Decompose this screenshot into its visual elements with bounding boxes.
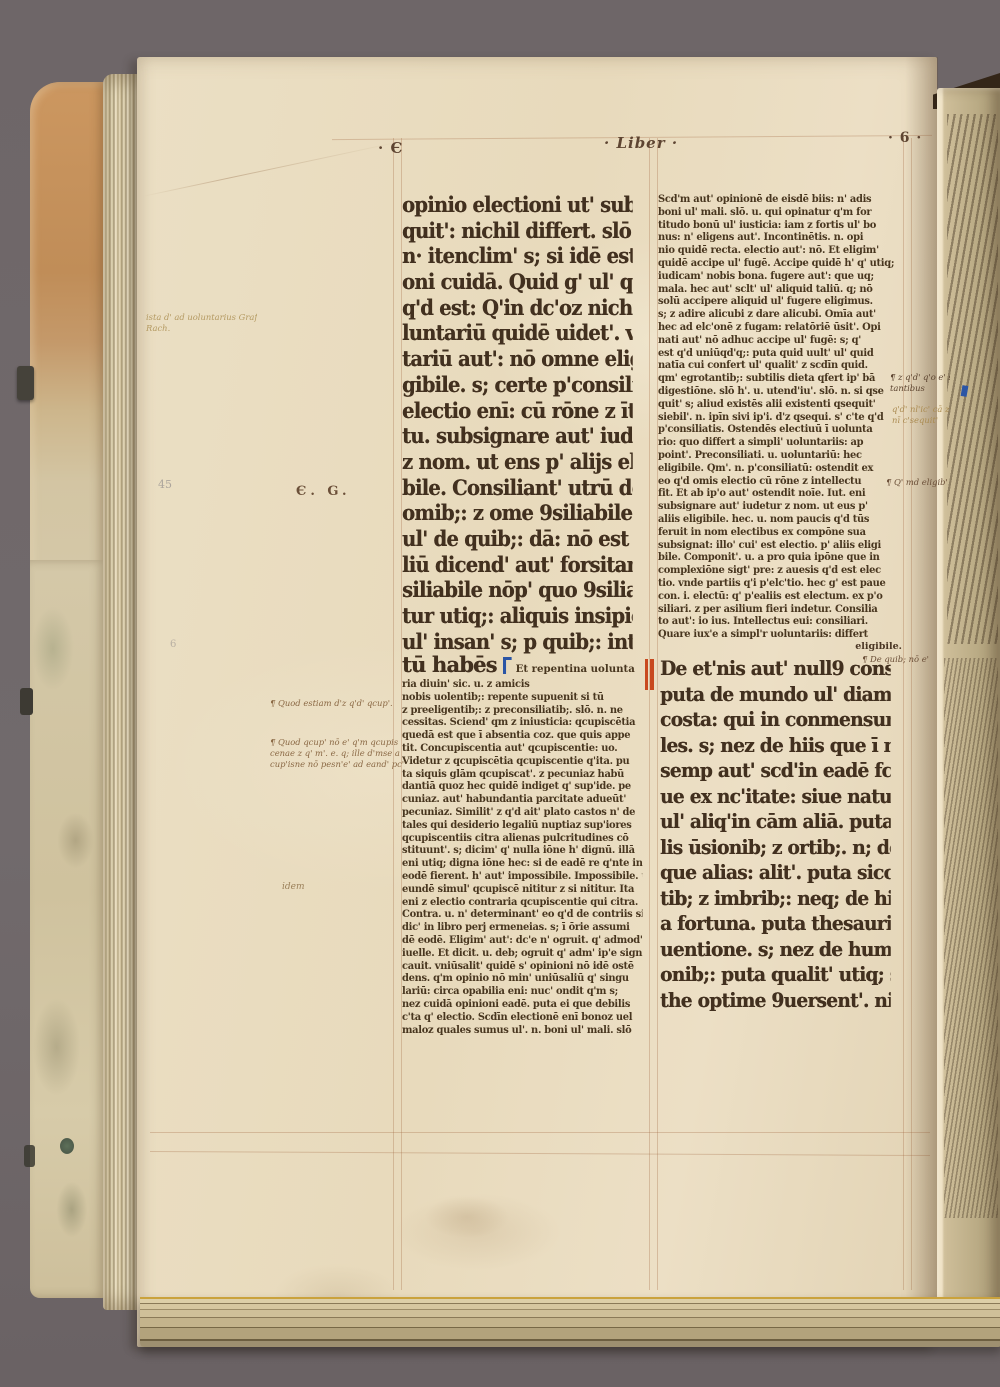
text-line: complexiōne sigt' pre: z auesis q'd est … — [658, 564, 899, 577]
text-line: lariū: circa opabilia eni: nuc' ondit q'… — [402, 985, 643, 998]
text-line: z nom. ut ens p' alijs eligi — [402, 449, 633, 475]
text-line: gibile. s; certe p'consiliatū. — [402, 372, 633, 398]
worn-spine-parchment — [30, 560, 106, 1298]
text-line: bile. Consiliant' utrū de — [402, 475, 633, 501]
text-line: oni cuidā. Quid g' ul' quale — [402, 269, 633, 295]
large-lines-wrap: De et'nis aut' null9 consiliat'.puta de … — [660, 656, 908, 1013]
text-column-right-large: De et'nis aut' null9 consiliat'.puta de … — [660, 656, 908, 1013]
facing-page-text-texture — [944, 658, 998, 1218]
margin-note-right-4: ¶ De quib; nō e' — [862, 654, 938, 665]
text-line: mala. hec aut' sclt' ul' aliquid taliū. … — [658, 283, 899, 296]
pencil-mark: 6 — [170, 639, 176, 650]
facing-page-text-texture — [947, 114, 998, 644]
clasp-remnant — [20, 688, 33, 715]
text-line: eo q'd omis electio cū rōne z intellectu — [658, 475, 899, 488]
superscript-note: eligibile. — [855, 641, 902, 652]
header-title: · Liber · — [604, 134, 678, 152]
text-line: tit. Concupiscentia aut' qcupiscentie: u… — [402, 742, 643, 755]
text-line: pecuniaz. Similit' z q'd ait' plato cast… — [402, 806, 643, 819]
text-line: aliis eligibile. hec. u. nom paucis q'd … — [658, 513, 899, 526]
text-line: quit' s; aliud existēs alii existenti qs… — [658, 398, 899, 411]
text-line: nez cuidā opinioni eadē. puta ei que deb… — [402, 998, 643, 1011]
text-line: ¶ De quib; nō e' — [862, 654, 938, 665]
text-line: c'ta q' electio. Scdīn electionē enī bon… — [402, 1011, 643, 1024]
margin-note-idem: idem — [282, 882, 305, 892]
text-line: feruit in nom electibus ex compōne sua — [658, 526, 899, 539]
bottom-page-edges — [140, 1297, 1000, 1347]
text-line: s; z adire alicubi z dare alicubi. Omīa … — [658, 308, 899, 321]
text-line: qm' egrotantib;: subtilis dieta qfert ip… — [658, 372, 899, 385]
text-line: nī c'sequit' — [892, 415, 950, 426]
text-line: eligibile. Qm'. n. p'consiliatū: ostendi… — [658, 462, 899, 475]
text-line: tur utiq;: aliquis insipiens — [402, 603, 633, 629]
text-line: electio enī: cū rōne z ītellec — [402, 398, 633, 424]
text-line: the optime 9uersent'. nil's — [660, 988, 891, 1014]
text-line: tantibus — [890, 383, 950, 394]
margin-note-right-3: ¶ Q' md eligib' — [886, 477, 950, 488]
text-line: hec ad elc'onē z fugam: relatōriē ūsit'.… — [658, 321, 899, 334]
text-line: cup'isne nō pesn'e' ad eand' pc'. — [270, 759, 405, 770]
text-line: z preeligentib;: z preconsiliatib;. slō.… — [402, 704, 643, 717]
text-line: Scd'm aut' opinionē de eisdē biis: n' ad… — [658, 193, 899, 206]
gloss-incipit: Et repentina uolunta — [516, 663, 635, 675]
text-line: natīa cui confert ul' qualit' z scdīn qu… — [658, 359, 899, 372]
text-line: point'. Preconsiliati. u. uoluntariū: he… — [658, 449, 899, 462]
photo-of-manuscript: { "photo": { "background_color": "#6e666… — [0, 0, 1000, 1387]
text-line: eni utiq; digna iōne hec: si de eadē re … — [402, 857, 643, 870]
clasp-remnant — [24, 1145, 35, 1167]
header-folio-number: · 6 · — [888, 130, 922, 146]
leather-binding — [30, 82, 106, 582]
text-line: ul' de quib;: dā: nō est consi — [402, 526, 633, 552]
ruling-line — [150, 1132, 930, 1133]
text-line: ta siquis glām qcupiscat'. z pecuniaz ha… — [402, 768, 643, 781]
text-line: ¶ Q' md eligib' — [886, 477, 950, 488]
text-line: semp aut' scd'in eadē fc'is. si — [660, 758, 891, 784]
text-line: con. i. electū: q' p'ealiis est electum.… — [658, 590, 899, 603]
text-line: cauit. vniūsalit' quidē s' opinioni nō i… — [402, 960, 643, 973]
red-paraph-icon — [645, 659, 654, 690]
margin-note-faint: ista d' ad uoluntarius GrafRach. — [146, 312, 257, 334]
margin-note-right-2: q'd' nl'ic' cā z ul'nī c'sequit' — [892, 404, 950, 426]
text-line: iudicam' nobis bona. fugere aut': que uq… — [658, 270, 899, 283]
text-line: tib; z imbrib;: neq; de hiis q' — [660, 886, 891, 912]
text-line: dē eodē. Eligim' aut': dc'e n' ogruit. q… — [402, 934, 643, 947]
text-line: cessitas. Sciend' qm z iniusticia: qcupi… — [402, 716, 643, 729]
text-line: to aut': io ius. Intellectus eui: consil… — [658, 615, 899, 628]
text-line: q'd' nl'ic' cā z ul' — [892, 404, 950, 415]
margin-chapter-mark: Є. G. — [296, 484, 351, 499]
text-line: quit': nichil differt. slō hec — [402, 218, 633, 244]
text-line: nus: n' eligens aut'. Incontinētis. n. o… — [658, 231, 899, 244]
gutter-shadow — [905, 57, 938, 1347]
text-line: opinio electioni ut' subse — [402, 192, 633, 218]
text-line-mixed: tū habēsEt repentina uolunta — [402, 652, 635, 677]
ruling-line — [393, 138, 394, 1290]
text-column-right-gloss: Scd'm aut' opinionē de eisdē biis: n' ad… — [658, 193, 906, 641]
margin-note-left-1: ¶ Quod estiam d'z q'd' qcup'. — [270, 698, 400, 709]
text-line: stituunt'. s; dicim' q' nulla iōne h' di… — [402, 844, 643, 857]
text-line: solū accipere aliquid ul' fugere eligimu… — [658, 295, 899, 308]
page-edge-stack — [103, 74, 141, 1310]
text-line: De et'nis aut' null9 consiliat'. — [660, 656, 891, 682]
text-line: iuelle. Et dicit. u. deb; ogruit q' adm'… — [402, 947, 643, 960]
text-line: omib;: z ome 9siliabile est — [402, 500, 633, 526]
text-line: dens. q'm opinio nō min' uniūsaliū q' si… — [402, 972, 643, 985]
text-line: siebil'. n. ipīn sivi ip'i. d'z qsequi. … — [658, 411, 899, 424]
text-line: luntariū quidē uidet'. volū — [402, 320, 633, 346]
text-line: ¶ Quod qcup' nō e' q'm qcupis — [270, 737, 405, 748]
text-line: maloz quales sumus ul'. n. boni ul' mali… — [402, 1024, 643, 1037]
text-line: lis ūsionib; z ortib;. n; de hiis — [660, 835, 891, 861]
clasp-remnant — [17, 366, 34, 400]
stain-fleck — [60, 1138, 74, 1154]
text-line: les. s; nez de hiis que ī motu: — [660, 733, 891, 759]
text-line: bile. Componit'. u. a pro quia ipōne que… — [658, 551, 899, 564]
text-line: ¶ z q'd' q'o e' subal' — [890, 372, 950, 383]
text-line: Contra. u. n' determinant' eo q'd de con… — [402, 908, 643, 921]
text-line: costa: qui in conmensurabi — [660, 707, 891, 733]
text-line: onib;: puta qualit' utiq; sy — [660, 962, 891, 988]
text-line: quedā est que ī absentia coz. que quis a… — [402, 729, 643, 742]
text-line: eundē simul' qcupiscē nititur z si nitit… — [402, 883, 643, 896]
text-line: p'consiliatis. Ostendēs electiuū ī uolun… — [658, 423, 899, 436]
text-line: q'd est: Q'in dc'oz nichil; uo — [402, 295, 633, 321]
superscript-container: eligibile. — [658, 641, 906, 655]
text-line: fit. Et ab ip'o aut' ostendit noīe. Iut.… — [658, 487, 899, 500]
text-line: eni z electio contraria qcupiscentie qui… — [402, 896, 643, 909]
text-line: cuniaz. aut' habundantia parcitate adueū… — [402, 793, 643, 806]
margin-note-right-1: ¶ z q'd' q'o e' subal'tantibus — [890, 372, 950, 394]
text-line: a fortuna. puta thesauri ī — [660, 911, 891, 937]
text-line: nobis uolentib;: repente supuenit si tū — [402, 691, 643, 704]
text-line: qcupiscentiis citra alienas pulcritudine… — [402, 832, 643, 845]
text-line: rio: quo differt a simpli' uoluntariis: … — [658, 436, 899, 449]
text-line: Videtur z qcupiscētia qcupiscentie q'ita… — [402, 755, 643, 768]
text-line: nio quidē recta. electio aut': nō. Et el… — [658, 244, 899, 257]
text-column-left-gloss: ria diuin' sic. u. z amicisnobis uolenti… — [402, 678, 650, 1036]
header-chapter-mark: · Є — [378, 139, 403, 157]
large-script-fragment: tū habēs — [402, 652, 497, 677]
text-line: n· itenclim' s; si idē est opini — [402, 243, 633, 269]
text-line: siliari. z per asilium fieri indetur. Co… — [658, 603, 899, 616]
pencil-mark: 45 — [158, 478, 172, 491]
text-line: subsignat: illo' cui' est electio. p' al… — [658, 539, 899, 552]
text-line: ue ex nc'itate: siue natura — [660, 784, 891, 810]
text-line: tio. vnde partiis q'i p'elc'tio. hec g' … — [658, 577, 899, 590]
text-line: ¶ Quod estiam d'z q'd' qcup'. — [270, 698, 400, 709]
text-line: nati aut' nō adhuc accipe ul' fugē: s; q… — [658, 334, 899, 347]
text-line: siliabile nōp' quo 9siliare — [402, 577, 633, 603]
text-line: Quare iux'e a simpl'r uoluntariis: diffe… — [658, 628, 899, 641]
text-line: digestiōne. slō h'. u. utend'iu'. slō. n… — [658, 385, 899, 398]
text-line: uentione. s; nez de humāis — [660, 937, 891, 963]
text-line: boni ul' mali. slō. u. qui opinatur q'm … — [658, 206, 899, 219]
text-line: liū dicend' aut' forsitan cō — [402, 552, 633, 578]
text-line: tales qui desiderio legaliū nuptiaz sup'… — [402, 819, 643, 832]
text-line: puta de mundo ul' diamet' z — [660, 682, 891, 708]
text-line: tu. subsignare aut' iudetur — [402, 423, 633, 449]
facing-page-foreedge — [937, 88, 1000, 1346]
text-line: tariū aut': nō omne eligi — [402, 346, 633, 372]
text-line: ul' aliq'in cām aliā. puta so — [660, 809, 891, 835]
text-line: quidē accipe ul' fugē. Accipe quidē h' q… — [658, 257, 899, 270]
text-line: titudo bonū ul' iusticia: iam z fortis u… — [658, 219, 899, 232]
text-line: Rach. — [146, 323, 257, 334]
text-line: eodē fierent. h' aut' impossibile. Impos… — [402, 870, 643, 883]
text-line: cenae z q' m'. e. q; ille d'mse a — [270, 748, 405, 759]
text-column-left-large: opinio electioni ut' subsequit': nichil … — [402, 192, 650, 654]
text-line: dantiā quoz hec quidē indiget q' sup'ide… — [402, 780, 643, 793]
text-line: que alias: alit'. puta siccita — [660, 860, 891, 886]
text-line: ista d' ad uoluntarius Graf — [146, 312, 257, 323]
margin-note-left-2: ¶ Quod qcup' nō e' q'm qcupiscenae z q' … — [270, 737, 405, 770]
blue-paraph-icon — [503, 657, 512, 674]
text-line: est q'd uniūqd'q;: puta quid uult' ul' q… — [658, 347, 899, 360]
text-line: dic' in libro perj ermeneias. s; ī ōrie … — [402, 921, 643, 934]
text-line: ul' insan' s; p quib;: intellec — [402, 629, 633, 655]
text-line: subsignare aut' iudetur z nom. ut eus p' — [658, 500, 899, 513]
text-line: ria diuin' sic. u. z amicis — [402, 678, 643, 691]
